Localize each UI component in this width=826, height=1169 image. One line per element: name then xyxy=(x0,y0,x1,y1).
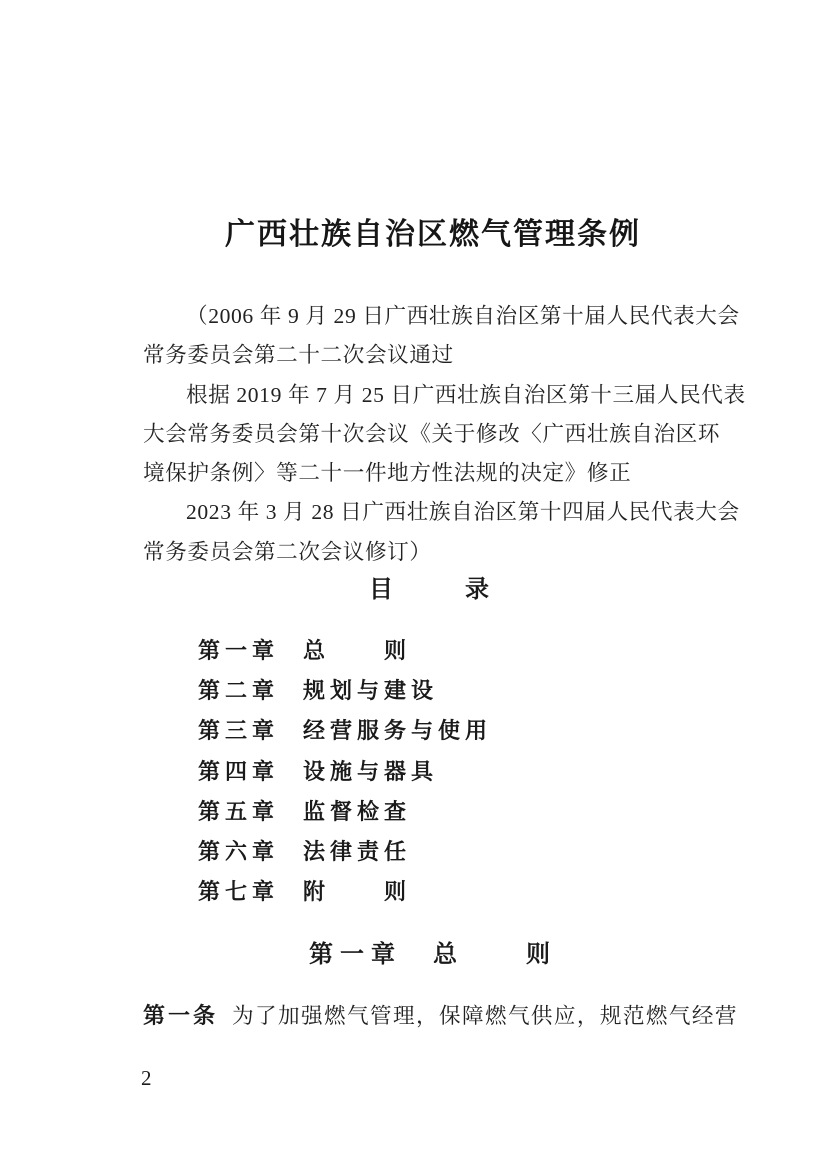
chapter-1-heading: 第一章 总 则 xyxy=(143,937,723,973)
preamble-line: 大会常务委员会第十次会议《关于修改〈广西壮族自治区环 xyxy=(143,415,743,454)
toc-item-title: 总 则 xyxy=(303,638,411,663)
toc-item-chapter-5: 第五章监督检查 xyxy=(198,792,492,832)
preamble-line: 2023 年 3 月 28 日广西壮族自治区第十四届人民代表大会 xyxy=(143,493,743,532)
preamble-line: 常务委员会第二十二次会议通过 xyxy=(143,336,743,375)
toc-item-title: 规划与建设 xyxy=(303,678,438,703)
article-1-label: 第一条 xyxy=(143,1003,218,1028)
toc-item-chapter-2: 第二章规划与建设 xyxy=(198,671,492,711)
document-title: 广西壮族自治区燃气管理条例 xyxy=(143,217,723,253)
article-1-text: 为了加强燃气管理，保障燃气供应，规范燃气经营 xyxy=(232,1004,738,1028)
document-page: 广西壮族自治区燃气管理条例 （2006 年 9 月 29 日广西壮族自治区第十届… xyxy=(0,0,826,1169)
toc-item-chapter-4: 第四章设施与器具 xyxy=(198,752,492,792)
toc-item-chapter: 第一章 xyxy=(198,638,279,663)
toc-item-title: 经营服务与使用 xyxy=(303,718,492,743)
preamble-line: 根据 2019 年 7 月 25 日广西壮族自治区第十三届人民代表 xyxy=(143,376,743,415)
toc-item-chapter: 第四章 xyxy=(198,759,279,784)
preamble-line: 境保护条例〉等二十一件地方性法规的决定》修正 xyxy=(143,454,743,493)
toc-item-title: 法律责任 xyxy=(303,839,411,864)
preamble-line: 常务委员会第二次会议修订） xyxy=(143,533,743,572)
toc-item-chapter: 第六章 xyxy=(198,839,279,864)
toc-item-chapter-6: 第六章法律责任 xyxy=(198,832,492,872)
page-number: 2 xyxy=(141,1066,152,1090)
toc-item-chapter: 第七章 xyxy=(198,879,279,904)
preamble-line: （2006 年 9 月 29 日广西壮族自治区第十届人民代表大会 xyxy=(143,297,743,336)
article-1-paragraph: 第一条为了加强燃气管理，保障燃气供应，规范燃气经营 xyxy=(143,1001,783,1031)
preamble: （2006 年 9 月 29 日广西壮族自治区第十届人民代表大会 常务委员会第二… xyxy=(143,297,743,572)
toc-item-chapter: 第五章 xyxy=(198,799,279,824)
toc-item-chapter: 第三章 xyxy=(198,718,279,743)
toc-item-chapter-7: 第七章附 则 xyxy=(198,872,492,912)
toc-item-chapter-1: 第一章总 则 xyxy=(198,631,492,671)
toc-heading: 目 录 xyxy=(143,572,723,608)
toc-item-title: 监督检查 xyxy=(303,799,411,824)
toc: 第一章总 则 第二章规划与建设 第三章经营服务与使用 第四章设施与器具 第五章监… xyxy=(198,631,492,912)
toc-item-title: 附 则 xyxy=(303,879,411,904)
toc-item-chapter-3: 第三章经营服务与使用 xyxy=(198,711,492,751)
toc-item-title: 设施与器具 xyxy=(303,759,438,784)
toc-item-chapter: 第二章 xyxy=(198,678,279,703)
